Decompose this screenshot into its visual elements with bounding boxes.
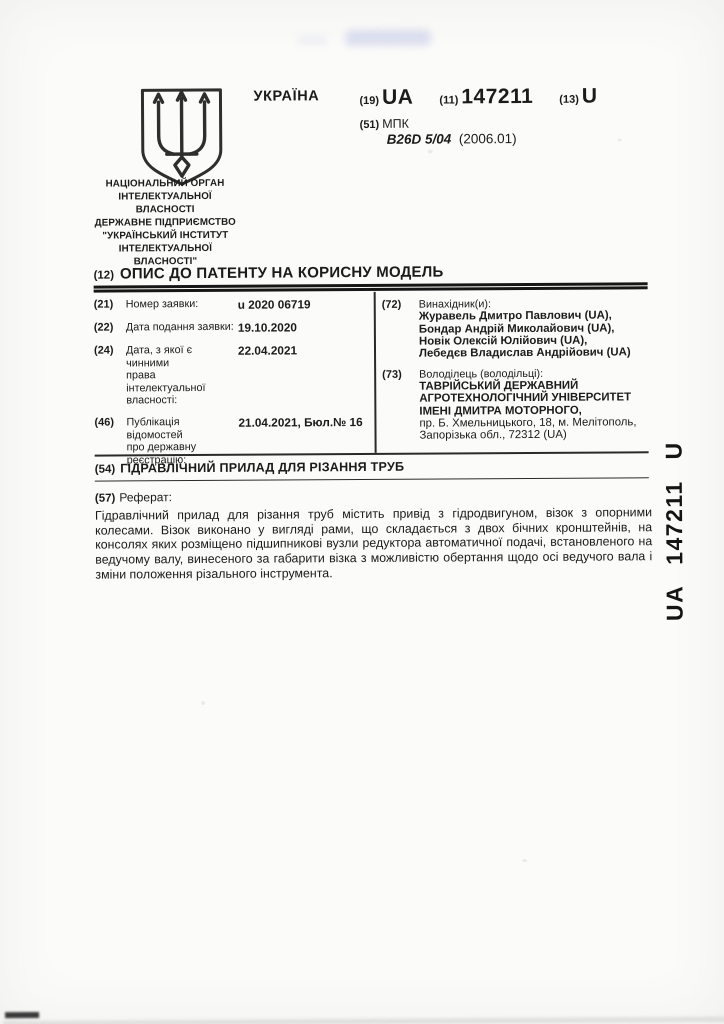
code-13-value: U [582, 85, 598, 109]
owner-address: пр. Б. Хмельницького, 18, м. Мелітополь, [419, 416, 650, 430]
ipc-class-line: B26D 5/04 (2006.01) [387, 131, 517, 147]
org-line: ДЕРЖАВНЕ ПІДПРИЄМСТВО [61, 216, 269, 230]
publication-row: (46) Публікація відомостей про державну … [94, 415, 372, 467]
publication-value: 21.04.2021, Бюл.№ 16 [236, 415, 372, 466]
abstract-label: Реферат: [119, 490, 172, 504]
invention-title: ГІДРАВЛІЧНИЙ ПРИЛАД ДЛЯ РІЗАННЯ ТРУБ [120, 460, 404, 476]
code-11-label: (11) [439, 94, 458, 106]
document-type-text: ОПИС ДО ПАТЕНТУ НА КОРИСНУ МОДЕЛЬ [120, 263, 444, 282]
application-number-value: u 2020 06719 [236, 297, 372, 312]
inventors-block: (72) Винахідник(и): Журавель Дмитро Павл… [382, 297, 650, 360]
rights-effective-date-row: (24) Дата, з якої є чинними права інтеле… [94, 343, 372, 408]
code-12-label: (12) [94, 270, 115, 282]
ipc-version: (2006.01) [455, 131, 517, 146]
org-line: ІНТЕЛЕКТУАЛЬНОЇ [61, 242, 269, 256]
code-51-label: (51) [360, 119, 380, 131]
code-13-label: (13) [559, 94, 579, 106]
abstract-heading: (57) Реферат: [95, 490, 172, 504]
scan-bottom-edge [3, 1017, 724, 1024]
patent-number: 147211 [461, 85, 533, 109]
owner-name: АГРОТЕХНОЛОГІЧНИЙ УНІВЕРСИТЕТ [419, 392, 650, 406]
org-line: ІНТЕЛЕКТУАЛЬНОЇ [61, 190, 269, 204]
trident-icon [125, 85, 238, 190]
document-type-title: (12) ОПИС ДО ПАТЕНТУ НА КОРИСНУ МОДЕЛЬ [93, 263, 443, 282]
org-line: НАЦІОНАЛЬНИЙ ОРГАН [61, 177, 269, 191]
biblio-right-column: (72) Винахідник(и): Журавель Дмитро Павл… [382, 297, 651, 450]
owner-address: Запорізька обл., 72312 (UA) [419, 428, 650, 442]
title-bottom-rule [95, 477, 649, 482]
code-54-label: (54) [95, 464, 116, 476]
application-number-row: (21) Номер заявки: u 2020 06719 [94, 297, 372, 313]
owner-block: (73) Володілець (володільці): ТАВРІЙСЬКИ… [382, 367, 650, 443]
biblio-left-column: (21) Номер заявки: u 2020 06719 (22) Дат… [94, 297, 373, 476]
ipc-class: B26D 5/04 [387, 131, 452, 146]
filing-date-value: 19.10.2020 [236, 320, 372, 335]
abstract-text: Гідравлічний прилад для різання труб міс… [95, 505, 652, 582]
filing-date-row: (22) Дата подання заявки: 19.10.2020 [94, 320, 372, 336]
patent-number-vertical: UA 147211 U [661, 451, 692, 621]
code-57-label: (57) [95, 493, 116, 505]
code-19-label: (19) [359, 95, 379, 107]
patent-code-line: (19) UA (11) 147211 (13) U [359, 85, 597, 110]
org-line: ВЛАСНОСТІ [61, 203, 269, 217]
ink-bleed-smudge [345, 30, 431, 47]
scan-speck [428, 150, 433, 154]
rights-effective-date-value: 22.04.2021 [236, 343, 372, 407]
org-line: "УКРАЇНСЬКИЙ ІНСТИТУТ [61, 229, 269, 243]
scan-artifact-mark [5, 1012, 39, 1018]
country-name: УКРАЇНА [253, 88, 319, 104]
scan-speck [201, 701, 205, 705]
ipc-label: МПК [382, 117, 409, 131]
ink-bleed-smudge-small [297, 36, 327, 44]
table-divider [374, 292, 376, 453]
inventor-name: Лебедєв Владислав Андрійович (UA) [419, 347, 650, 361]
scan-speck [522, 859, 527, 862]
issuing-organization: НАЦІОНАЛЬНИЙ ОРГАН ІНТЕЛЕКТУАЛЬНОЇ ВЛАСН… [61, 177, 270, 269]
scanned-patent-page: УКРАЇНА (19) UA (11) 147211 (13) U (51) … [0, 0, 724, 1024]
invention-title-line: (54) ГІДРАВЛІЧНИЙ ПРИЛАД ДЛЯ РІЗАННЯ ТРУ… [95, 460, 405, 476]
ukraine-trident-emblem [125, 85, 238, 190]
double-rule [94, 282, 648, 292]
ipc-label-line: (51) МПК [360, 117, 409, 131]
code-19-value: UA [382, 86, 413, 110]
scan-speck [618, 138, 622, 141]
